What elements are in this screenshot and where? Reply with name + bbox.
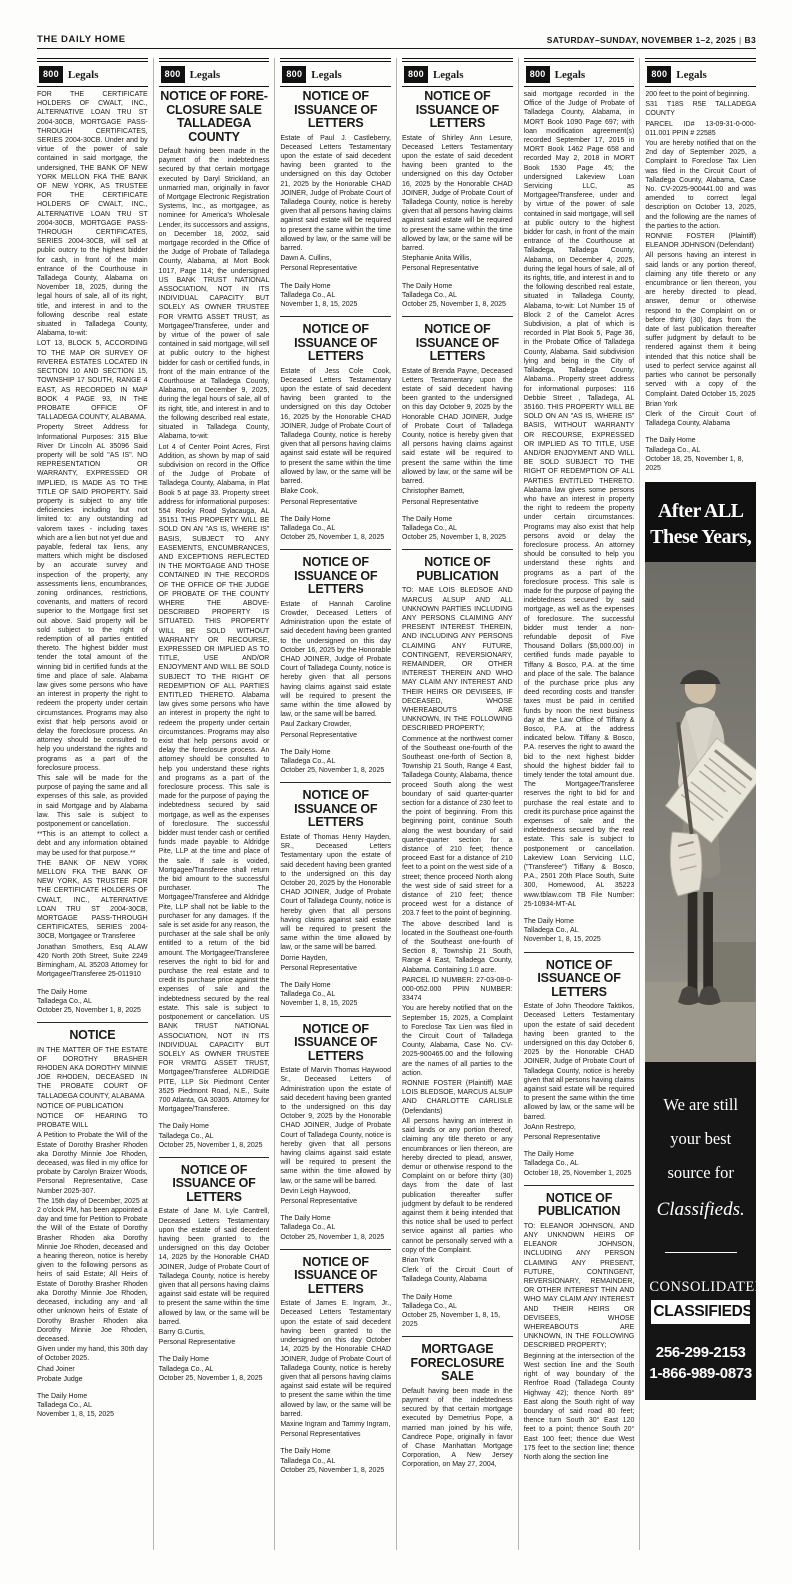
notice-paragraph: PARCEL ID NUMBER: 27-03-08-0-000-052.000… bbox=[402, 976, 513, 1004]
notice-paragraph: Given under my hand, this 30th day of Oc… bbox=[37, 1345, 148, 1363]
publication-footer: The Daily HomeTalladega Co., ALOctober 1… bbox=[524, 1150, 635, 1178]
ad-brand-consolidated: CONSOLIDATED bbox=[649, 1279, 752, 1296]
notice-paragraph: PARCEL ID# 13-09-31-0-000-011.001 PPIN #… bbox=[645, 120, 756, 138]
notice-paragraph: Dawn A. Cullins, bbox=[280, 254, 391, 263]
notice-paragraph: Personal Representatives bbox=[280, 1430, 391, 1439]
legal-notice: FOR THE CERTIFICATE HOLDERS OF CWALT, IN… bbox=[37, 90, 148, 1015]
notice-paragraph: Default having been made in the payment … bbox=[402, 1387, 513, 1470]
legal-notice: NOTICE OFISSUANCE OFLETTERSEstate of Jam… bbox=[280, 1249, 391, 1475]
notice-paragraph: Personal Representative bbox=[402, 264, 513, 273]
dateline: SATURDAY–SUNDAY, NOVEMBER 1–2, 2025|B3 bbox=[547, 35, 756, 45]
notice-paragraph: Estate of Jane M. Lyle Cantrell, Decease… bbox=[159, 1207, 270, 1327]
publication-footer: The Daily HomeTalladega Co., ALOctober 2… bbox=[280, 515, 391, 543]
newspaper-page: THE DAILY HOME SATURDAY–SUNDAY, NOVEMBER… bbox=[0, 0, 792, 1584]
legal-notice: NOTICE OFISSUANCE OFLETTERSEstate of Tho… bbox=[280, 782, 391, 1008]
notice-heading: NOTICE OFISSUANCE OFLETTERS bbox=[159, 1164, 270, 1205]
notice-paragraph: Estate of Shirley Ann Lesure, Deceased L… bbox=[402, 134, 513, 254]
category-number-badge: 800 bbox=[526, 66, 550, 83]
notice-paragraph: All persons having an interest in said l… bbox=[645, 251, 756, 398]
notice-paragraph: Christopher Barnett, bbox=[402, 487, 513, 496]
notice-paragraph: NOTICE OF HEARING TO PROBATE WILL bbox=[37, 1112, 148, 1130]
newsboy-photo bbox=[645, 562, 756, 1062]
ad-banner: After ALL These Years, bbox=[645, 482, 756, 562]
notice-list: NOTICE OFISSUANCE OFLETTERSEstate of Pau… bbox=[280, 90, 391, 1475]
publication-footer: The Daily HomeTalladega Co., ALNovember … bbox=[37, 1392, 148, 1420]
masthead: THE DAILY HOME bbox=[37, 34, 126, 45]
double-rule bbox=[402, 58, 513, 62]
category-label: Legals bbox=[433, 69, 464, 81]
legal-notice: 200 feet to the point of beginning.S31 T… bbox=[645, 90, 756, 473]
notice-paragraph: Personal Representative bbox=[402, 498, 513, 507]
legals-column: 800 Legals NOTICE OFISSUANCE OFLETTERSEs… bbox=[396, 58, 518, 1550]
notice-paragraph: TO: MAE LOIS BLEDSOE AND MARCUS ALSUP AN… bbox=[402, 586, 513, 733]
notice-heading: NOTICE bbox=[37, 1029, 148, 1043]
double-rule bbox=[524, 58, 635, 62]
date-text: SATURDAY–SUNDAY, NOVEMBER 1–2, 2025 bbox=[547, 35, 736, 45]
notice-paragraph: Maxine Ingram and Tammy Ingram, bbox=[280, 1420, 391, 1429]
notice-paragraph: Beginning at the intersection of the Wes… bbox=[524, 1352, 635, 1462]
legals-column: 800 Legals FOR THE CERTIFICATE HOLDERS O… bbox=[37, 58, 153, 1550]
category-number-badge: 800 bbox=[39, 66, 63, 83]
notice-paragraph: This sale will be made for the purpose o… bbox=[37, 774, 148, 829]
column-header: 800 Legals bbox=[159, 58, 270, 87]
publication-footer: The Daily HomeTalladega Co., ALNovember … bbox=[524, 917, 635, 945]
double-rule bbox=[645, 58, 756, 62]
legal-notice: MORTGAGEFORECLOSURESALEDefault having be… bbox=[402, 1336, 513, 1469]
ad-tagline-line: your best bbox=[649, 1122, 752, 1156]
notice-list: NOTICE OF FORE-CLOSURE SALETALLADEGACOUN… bbox=[159, 90, 270, 1383]
notice-paragraph: RONNIE FOSTER (Plaintiff) ELEANOR JOHNSO… bbox=[645, 232, 756, 250]
notice-paragraph: Personal Representative bbox=[159, 1338, 270, 1347]
ad-divider bbox=[665, 1252, 737, 1253]
notice-paragraph: Estate of Hannah Caroline Crowder, Decea… bbox=[280, 600, 391, 720]
category-number-badge: 800 bbox=[282, 66, 306, 83]
notice-paragraph: Devin Leigh Haywood, bbox=[280, 1187, 391, 1196]
legal-notice: NOTICEIN THE MATTER OF THE ESTATE OF DOR… bbox=[37, 1022, 148, 1419]
notice-heading: NOTICE OFPUBLICATION bbox=[524, 1192, 635, 1219]
page-number: B3 bbox=[745, 35, 756, 45]
notice-list: 200 feet to the point of beginning.S31 T… bbox=[645, 90, 756, 1400]
notice-paragraph: All persons having an interest in said l… bbox=[402, 1117, 513, 1255]
notice-paragraph: Personal Representative bbox=[280, 1197, 391, 1206]
notice-paragraph: Dorrie Hayden, bbox=[280, 954, 391, 963]
column-header: 800 Legals bbox=[524, 58, 635, 87]
notice-paragraph: Default having been made in the payment … bbox=[159, 147, 270, 442]
notice-paragraph: said mortgage recorded in the Office of … bbox=[524, 90, 635, 909]
category-label: Legals bbox=[190, 69, 221, 81]
notice-heading: NOTICE OFISSUANCE OFLETTERS bbox=[280, 1023, 391, 1064]
publication-footer: The Daily HomeTalladega Co., ALOctober 2… bbox=[402, 1293, 513, 1330]
publication-footer: The Daily HomeTalladega Co., ALOctober 2… bbox=[280, 1214, 391, 1242]
notice-paragraph: NOTICE OF PUBLICATION bbox=[37, 1102, 148, 1111]
legal-notice: NOTICE OFISSUANCE OFLETTERSEstate of Han… bbox=[280, 549, 391, 775]
publication-footer: The Daily HomeTalladega Co., ALOctober 2… bbox=[159, 1355, 270, 1383]
notice-paragraph: Estate of Paul J. Castleberry, Deceased … bbox=[280, 134, 391, 254]
notice-paragraph: Estate of John Theodore Taktikos, Deceas… bbox=[524, 1002, 635, 1122]
notice-paragraph: Estate of Marvin Thomas Haywood Sr., Dec… bbox=[280, 1066, 391, 1186]
column-header: 800 Legals bbox=[402, 58, 513, 87]
page-header: THE DAILY HOME SATURDAY–SUNDAY, NOVEMBER… bbox=[37, 34, 756, 49]
notice-paragraph: Barry G.Curtis, bbox=[159, 1328, 270, 1337]
category-header: 800 Legals bbox=[37, 65, 148, 87]
notice-paragraph: Clerk of the Circuit Court of Talladega … bbox=[645, 410, 756, 428]
legal-notice: NOTICE OFISSUANCE OFLETTERSEstate of Bre… bbox=[402, 316, 513, 542]
notice-paragraph: Estate of Jess Cole Cook, Deceased Lette… bbox=[280, 367, 391, 487]
notice-paragraph: JoAnn Restrepo, bbox=[524, 1123, 635, 1132]
ad-phone-local: 256-299-2153 bbox=[649, 1342, 752, 1363]
notice-paragraph: Brian York bbox=[645, 400, 756, 409]
category-header: 800 Legals bbox=[645, 65, 756, 87]
legals-column: 800 Legals 200 feet to the point of begi… bbox=[639, 58, 756, 1550]
category-header: 800 Legals bbox=[159, 65, 270, 87]
ad-classifieds-word: Classifieds. bbox=[649, 1190, 752, 1230]
notice-heading: NOTICE OFISSUANCE OFLETTERS bbox=[280, 90, 391, 131]
column-header: 800 Legals bbox=[645, 58, 756, 87]
publication-footer: The Daily HomeTalladega Co., ALNovember … bbox=[280, 282, 391, 310]
notice-paragraph: 200 feet to the point of beginning. bbox=[645, 90, 756, 99]
notice-heading: MORTGAGEFORECLOSURESALE bbox=[402, 1343, 513, 1384]
ad-phone-tollfree: 1-866-989-0873 bbox=[649, 1363, 752, 1384]
notice-paragraph: Brian York bbox=[402, 1256, 513, 1265]
publication-footer: The Daily HomeTalladega Co., ALOctober 2… bbox=[280, 1447, 391, 1475]
notice-paragraph: Blake Cook, bbox=[280, 487, 391, 496]
publication-footer: The Daily HomeTalladega Co., ALOctober 2… bbox=[402, 282, 513, 310]
notice-paragraph: Chad Joiner bbox=[37, 1365, 148, 1374]
column-header: 800 Legals bbox=[280, 58, 391, 87]
legals-columns: 800 Legals FOR THE CERTIFICATE HOLDERS O… bbox=[37, 58, 756, 1550]
classifieds-ad: After ALL These Years, bbox=[645, 482, 756, 1400]
legal-notice: NOTICE OFISSUANCE OFLETTERSEstate of Mar… bbox=[280, 1016, 391, 1242]
ad-tagline-line: We are still bbox=[649, 1088, 752, 1122]
category-header: 800 Legals bbox=[280, 65, 391, 87]
notice-heading: NOTICE OFISSUANCE OFLETTERS bbox=[280, 789, 391, 830]
category-label: Legals bbox=[555, 69, 586, 81]
notice-heading: NOTICE OFISSUANCE OFLETTERS bbox=[524, 959, 635, 1000]
notice-paragraph: **This is an attempt to collect a debt a… bbox=[37, 830, 148, 858]
publication-footer: The Daily HomeTalladega Co., ALOctober 2… bbox=[280, 748, 391, 776]
ad-tagline-line: source for bbox=[649, 1156, 752, 1190]
publication-footer: The Daily HomeTalladega Co., ALOctober 1… bbox=[645, 436, 756, 473]
legal-notice: NOTICE OFISSUANCE OFLETTERSEstate of Jan… bbox=[159, 1157, 270, 1383]
legal-notice: said mortgage recorded in the Office of … bbox=[524, 90, 635, 945]
notice-paragraph: Estate of James E. Ingram, Jr., Deceased… bbox=[280, 1299, 391, 1419]
publication-footer: The Daily HomeTalladega Co., ALOctober 2… bbox=[159, 1122, 270, 1150]
legal-notice: NOTICE OFISSUANCE OFLETTERSEstate of Pau… bbox=[280, 90, 391, 309]
notice-paragraph: RONNIE FOSTER (Plaintiff) MAE LOIS BLEDS… bbox=[402, 1079, 513, 1116]
ad-banner-line1: After ALL bbox=[645, 498, 756, 524]
category-header: 800 Legals bbox=[402, 65, 513, 87]
notice-heading: NOTICE OFISSUANCE OFLETTERS bbox=[280, 323, 391, 364]
category-label: Legals bbox=[676, 69, 707, 81]
notice-paragraph: Stephanie Anita Willis, bbox=[402, 254, 513, 263]
legals-column: 800 Legals NOTICE OF FORE-CLOSURE SALETA… bbox=[153, 58, 275, 1550]
category-label: Legals bbox=[68, 69, 99, 81]
notice-heading: NOTICE OFPUBLICATION bbox=[402, 556, 513, 583]
notice-paragraph: S31 T18S R5E TALLADEGA COUNTY bbox=[645, 100, 756, 118]
notice-heading: NOTICE OFISSUANCE OFLETTERS bbox=[280, 1256, 391, 1297]
category-header: 800 Legals bbox=[524, 65, 635, 87]
notice-paragraph: A Petition to Probate the Will of the Es… bbox=[37, 1131, 148, 1195]
column-header: 800 Legals bbox=[37, 58, 148, 87]
notice-paragraph: Commence at the northwest corner of the … bbox=[402, 735, 513, 919]
notice-heading: NOTICE OFISSUANCE OFLETTERS bbox=[402, 323, 513, 364]
notice-paragraph: FOR THE CERTIFICATE HOLDERS OF CWALT, IN… bbox=[37, 90, 148, 338]
ad-brand-classifieds: CLASSIFIEDS bbox=[651, 1300, 750, 1324]
ad-banner-line2: These Years, bbox=[645, 524, 756, 550]
notice-paragraph: Jonathan Smothers, Esq ALAW 420 North 20… bbox=[37, 943, 148, 980]
notice-paragraph: LOT 13, BLOCK 5, ACCORDING TO THE MAP OR… bbox=[37, 339, 148, 422]
notice-list: said mortgage recorded in the Office of … bbox=[524, 90, 635, 1462]
legals-column: 800 Legals said mortgage recorded in the… bbox=[518, 58, 640, 1550]
notice-heading: NOTICE OFISSUANCE OFLETTERS bbox=[402, 90, 513, 131]
notice-list: NOTICE OFISSUANCE OFLETTERSEstate of Shi… bbox=[402, 90, 513, 1470]
notice-paragraph: The above described land is located in t… bbox=[402, 920, 513, 975]
notice-paragraph: Lot 4 of Center Point Acres, First Addit… bbox=[159, 443, 270, 1115]
category-number-badge: 800 bbox=[404, 66, 428, 83]
notice-paragraph: IN THE MATTER OF THE ESTATE OF DOROTHY B… bbox=[37, 1046, 148, 1101]
publication-footer: The Daily HomeTalladega Co., ALOctober 2… bbox=[37, 988, 148, 1016]
notice-paragraph: Personal Representative bbox=[280, 498, 391, 507]
notice-paragraph: You are hereby notified that on the Sept… bbox=[402, 1004, 513, 1078]
notice-paragraph: Personal Representative bbox=[280, 731, 391, 740]
category-label: Legals bbox=[311, 69, 342, 81]
notice-heading: NOTICE OFISSUANCE OFLETTERS bbox=[280, 556, 391, 597]
notice-paragraph: Property Street Address for Informationa… bbox=[37, 423, 148, 773]
legal-notice: NOTICE OFISSUANCE OFLETTERSEstate of Jes… bbox=[280, 316, 391, 542]
category-number-badge: 800 bbox=[647, 66, 671, 83]
double-rule bbox=[37, 58, 148, 62]
notice-paragraph: Estate of Thomas Henry Hayden, SR., Dece… bbox=[280, 833, 391, 953]
notice-paragraph: You are hereby notified that on the 2nd … bbox=[645, 139, 756, 231]
notice-paragraph: Estate of Brenda Payne, Deceased Letters… bbox=[402, 367, 513, 487]
notice-paragraph: Personal Representative bbox=[280, 964, 391, 973]
notice-list: FOR THE CERTIFICATE HOLDERS OF CWALT, IN… bbox=[37, 90, 148, 1420]
notice-paragraph: Personal Representative bbox=[280, 264, 391, 273]
notice-paragraph: Paul Zackary Crowder, bbox=[280, 720, 391, 729]
legal-notice: NOTICE OFPUBLICATIONTO: MAE LOIS BLEDSOE… bbox=[402, 549, 513, 1329]
notice-heading: NOTICE OF FORE-CLOSURE SALETALLADEGACOUN… bbox=[159, 90, 270, 144]
notice-paragraph: TO: ELEANOR JOHNSON, AND ANY UNKNOWN HEI… bbox=[524, 1222, 635, 1351]
double-rule bbox=[280, 58, 391, 62]
dateline-divider: | bbox=[739, 35, 742, 45]
notice-paragraph: Clerk of the Circuit Court of Talladega … bbox=[402, 1266, 513, 1284]
notice-paragraph: Personal Representative bbox=[524, 1133, 635, 1142]
legal-notice: NOTICE OFISSUANCE OFLETTERSEstate of Shi… bbox=[402, 90, 513, 309]
legal-notice: NOTICE OFPUBLICATIONTO: ELEANOR JOHNSON,… bbox=[524, 1185, 635, 1462]
ad-text-block: We are still your best source for Classi… bbox=[645, 1062, 756, 1400]
legals-column: 800 Legals NOTICE OFISSUANCE OFLETTERSEs… bbox=[274, 58, 396, 1550]
category-number-badge: 800 bbox=[161, 66, 185, 83]
notice-paragraph: The 15th day of December, 2025 at 2 o'cl… bbox=[37, 1197, 148, 1344]
publication-footer: The Daily HomeTalladega Co., ALNovember … bbox=[280, 981, 391, 1009]
legal-notice: NOTICE OFISSUANCE OFLETTERSEstate of Joh… bbox=[524, 952, 635, 1178]
notice-paragraph: Probate Judge bbox=[37, 1375, 148, 1384]
publication-footer: The Daily HomeTalladega Co., ALOctober 2… bbox=[402, 515, 513, 543]
legal-notice: NOTICE OF FORE-CLOSURE SALETALLADEGACOUN… bbox=[159, 90, 270, 1150]
double-rule bbox=[159, 58, 270, 62]
notice-paragraph: THE BANK OF NEW YORK MELLON FKA THE BANK… bbox=[37, 859, 148, 942]
